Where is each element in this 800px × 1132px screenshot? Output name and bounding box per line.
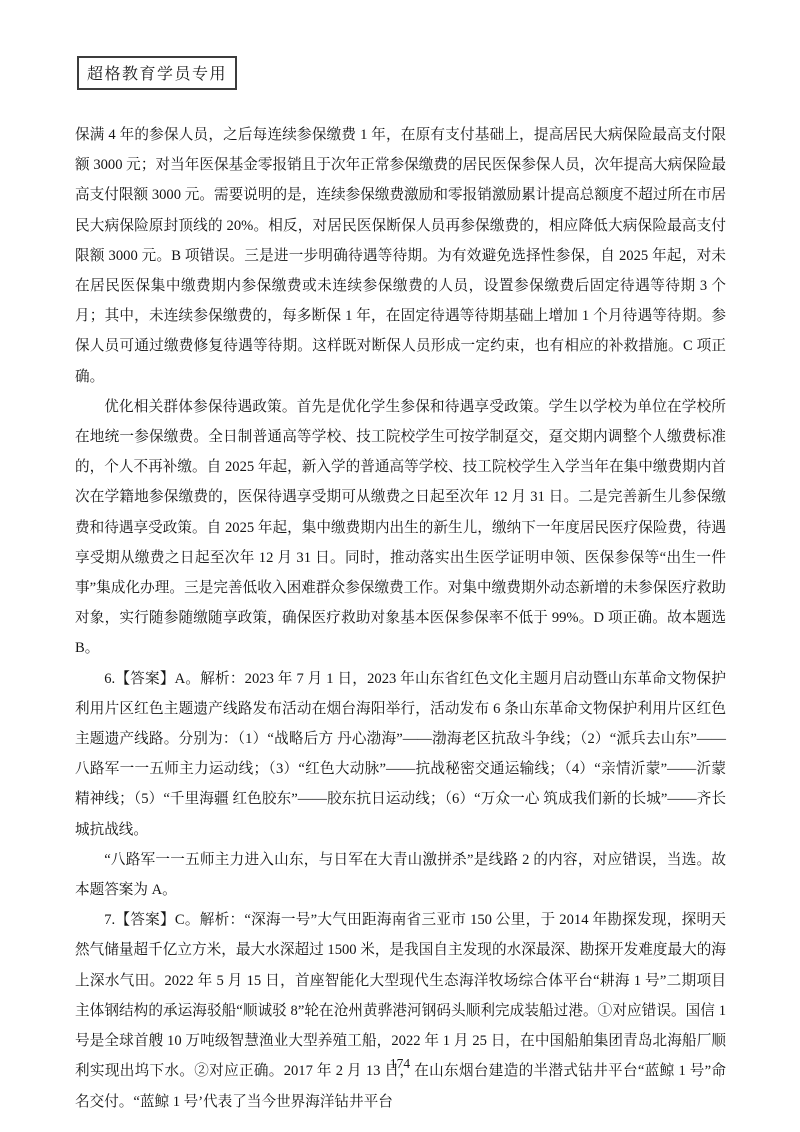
brand-badge: 超格教育学员专用: [77, 56, 237, 90]
document-body: 保满 4 年的参保人员，之后每连续参保缴费 1 年，在原有支付基础上，提高居民大…: [75, 120, 726, 1117]
paragraph-answer-6: 6.【答案】A。解析：2023 年 7 月 1 日，2023 年山东省红色文化主…: [75, 664, 726, 845]
paragraph-policy-optimization: 优化相关群体参保待遇政策。首先是优化学生参保和待遇享受政策。学生以学校为单位在学…: [75, 392, 726, 664]
paragraph-answer-7: 7.【答案】C。解析：“深海一号”大气田距海南省三亚市 150 公里，于 201…: [75, 905, 726, 1116]
paragraph-answer5-continuation: 保满 4 年的参保人员，之后每连续参保缴费 1 年，在原有支付基础上，提高居民大…: [75, 120, 726, 392]
document-page: 超格教育学员专用 保满 4 年的参保人员，之后每连续参保缴费 1 年，在原有支付…: [0, 0, 800, 1132]
paragraph-answer-6-conclusion: “八路军一一五师主力进入山东，与日军在大青山激拼杀”是线路 2 的内容，对应错误…: [75, 845, 726, 905]
page-number: 174: [0, 1056, 800, 1072]
